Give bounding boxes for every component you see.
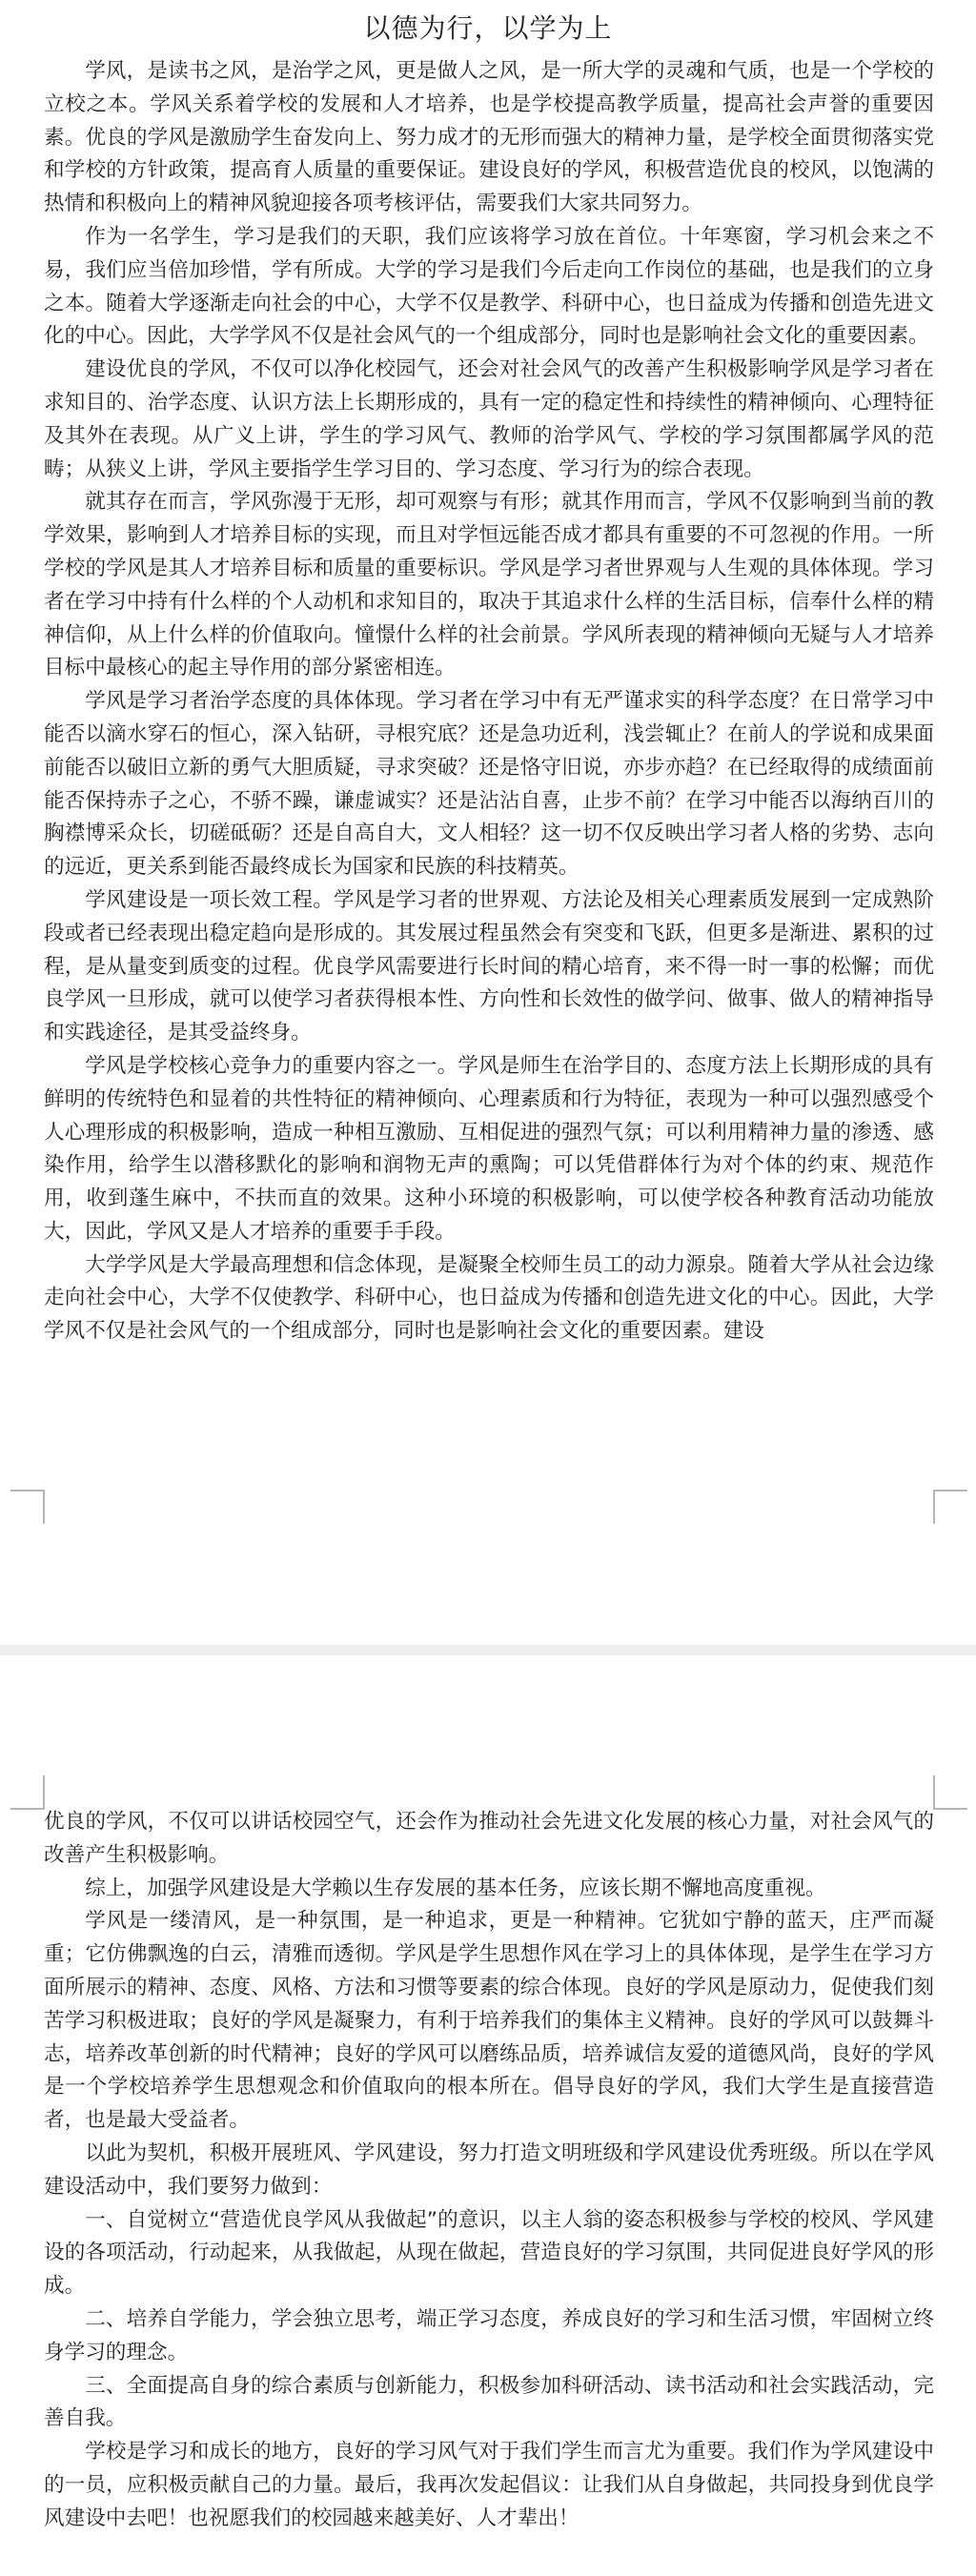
page-corner-mark-bottom-left: [10, 1490, 45, 1524]
document-title: 以德为行，以学为上: [0, 8, 976, 50]
page-2-body: 优良的学风，不仅可以讲话校园空气，还会作为推动社会先进文化发展的核心力量，对社会…: [44, 1806, 934, 2536]
paragraph: 学校是学习和成长的地方，良好的学习风气对于我们学生而言尤为重要。我们作为学风建设…: [44, 2436, 934, 2535]
page-break-divider: [0, 1645, 976, 1655]
paragraph: 学风是一缕清风，是一种氛围，是一种追求，更是一种精神。它犹如宁静的蓝天，庄严而凝…: [44, 1905, 934, 2138]
paragraph: 就其存在而言，学风弥漫于无形，却可观察与有形；就其作用而言，学风不仅影响到当前的…: [44, 486, 934, 685]
list-item: 三、全面提高自身的综合素质与创新能力，积极参加科研活动、读书活动和社会实践活动，…: [44, 2370, 934, 2437]
page-corner-mark-bottom-right: [933, 1490, 967, 1524]
paragraph: 学风是学习者治学态度的具体体现。学习者在学习中有无严谨求实的科学态度？在日常学习…: [44, 685, 934, 884]
paragraph: 学风，是读书之风，是治学之风，更是做人之风，是一所大学的灵魂和气质，也是一个学校…: [44, 55, 934, 221]
page-1-body: 学风，是读书之风，是治学之风，更是做人之风，是一所大学的灵魂和气质，也是一个学校…: [44, 55, 934, 1349]
document-page-1: 以德为行，以学为上 学风，是读书之风，是治学之风，更是做人之风，是一所大学的灵魂…: [0, 0, 976, 1645]
paragraph-continuation: 优良的学风，不仅可以讲话校园空气，还会作为推动社会先进文化发展的核心力量，对社会…: [44, 1806, 934, 1873]
page-corner-mark-top-left: [10, 1775, 45, 1810]
list-item: 二、培养自学能力，学会独立思考，端正学习态度，养成良好的学习和生活习惯，牢固树立…: [44, 2303, 934, 2370]
document-page-2: 优良的学风，不仅可以讲话校园空气，还会作为推动社会先进文化发展的核心力量，对社会…: [0, 1655, 976, 2576]
paragraph: 学风是学校核心竞争力的重要内容之一。学风是师生在治学目的、态度方法上长期形成的具…: [44, 1050, 934, 1249]
list-item: 一、自觉树立“营造优良学风从我做起”的意识，以主人翁的姿态积极参与学校的校风、学…: [44, 2204, 934, 2303]
paragraph: 建设优良的学风，不仅可以净化校园气，还会对社会风气的改善产生积极影响学风是学习者…: [44, 354, 934, 486]
paragraph: 综上，加强学风建设是大学赖以生存发展的基本任务，应该长期不懈地高度重视。: [44, 1873, 934, 1906]
paragraph: 学风建设是一项长效工程。学风是学习者的世界观、方法论及相关心理素质发展到一定成熟…: [44, 884, 934, 1050]
paragraph: 作为一名学生，学习是我们的天职，我们应该将学习放在首位。十年寒窗，学习机会来之不…: [44, 221, 934, 354]
paragraph: 大学学风是大学最高理想和信念体现，是凝聚全校师生员工的动力源泉。随着大学从社会边…: [44, 1249, 934, 1349]
page-corner-mark-top-right: [933, 1775, 967, 1810]
paragraph: 以此为契机，积极开展班风、学风建设，努力打造文明班级和学风建设优秀班级。所以在学…: [44, 2138, 934, 2204]
